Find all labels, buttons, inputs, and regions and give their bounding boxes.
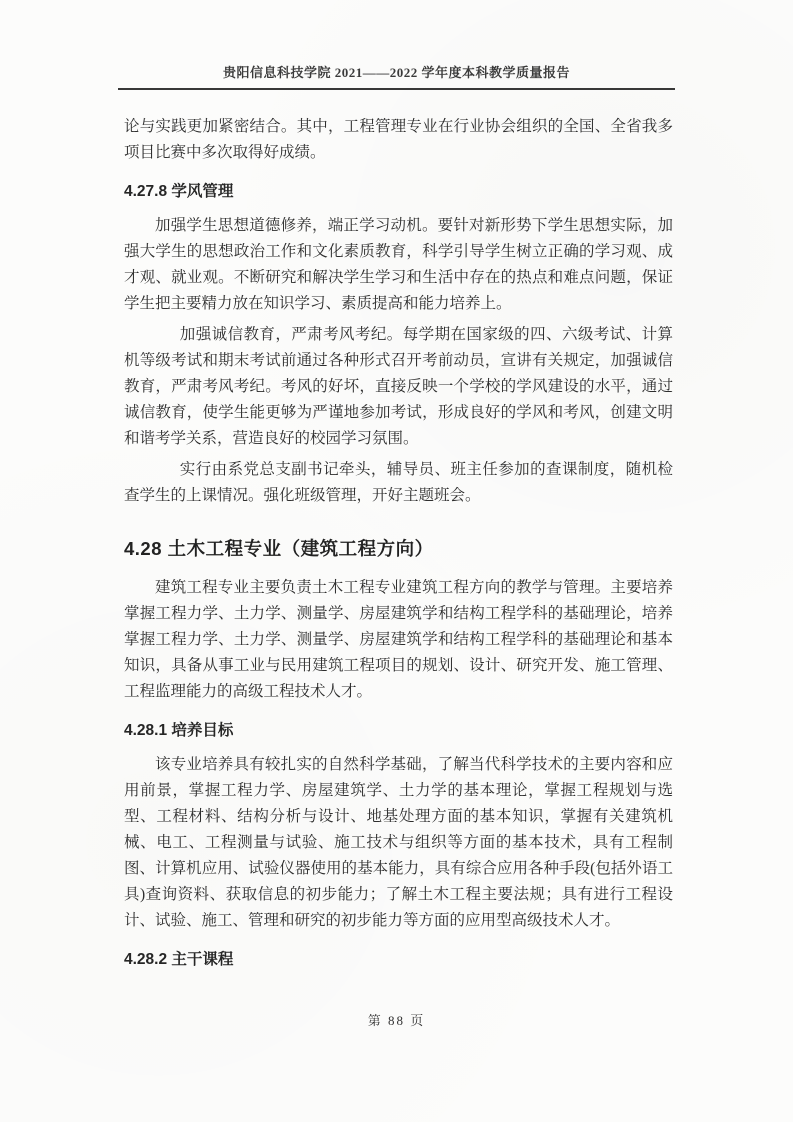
paragraph-exam-integrity: 加强诚信教育，严肃考风考纪。每学期在国家级的四、六级考试、计算机等级考试和期末考… bbox=[124, 322, 673, 452]
paragraph-class-inspection: 实行由系党总支副书记牵头，辅导员、班主任参加的查课制度，随机检查学生的上课情况。… bbox=[124, 457, 673, 509]
heading-4-28-2-main-courses: 4.28.2 主干课程 bbox=[124, 948, 673, 972]
heading-4-28-civil-engineering-major: 4.28 土木工程专业（建筑工程方向） bbox=[124, 535, 673, 563]
paragraph-study-morality: 加强学生思想道德修养，端正学习动机。要针对新形势下学生思想实际，加强大学生的思想… bbox=[124, 213, 673, 317]
heading-4-27-8-study-style-management: 4.27.8 学风管理 bbox=[124, 180, 673, 204]
running-header-title: 贵阳信息科技学院 2021——2022 学年度本科教学质量报告 bbox=[118, 62, 675, 90]
heading-4-28-1-training-objectives: 4.28.1 培养目标 bbox=[124, 719, 673, 743]
page-number-footer: 第 88 页 bbox=[0, 1010, 793, 1029]
page-body: 论与实践更加紧密结合。其中，工程管理专业在行业协会组织的全国、全省我多项目比赛中… bbox=[124, 114, 673, 981]
paragraph-major-overview: 建筑工程专业主要负责土木工程专业建筑工程方向的教学与管理。主要培养掌握工程力学、… bbox=[124, 575, 673, 705]
paragraph-intro-tail: 论与实践更加紧密结合。其中，工程管理专业在行业协会组织的全国、全省我多项目比赛中… bbox=[124, 114, 673, 166]
paragraph-training-objectives: 该专业培养具有较扎实的自然科学基础，了解当代科学技术的主要内容和应用前景，掌握工… bbox=[124, 752, 673, 934]
document-page: 贵阳信息科技学院 2021——2022 学年度本科教学质量报告 论与实践更加紧密… bbox=[0, 0, 793, 1122]
